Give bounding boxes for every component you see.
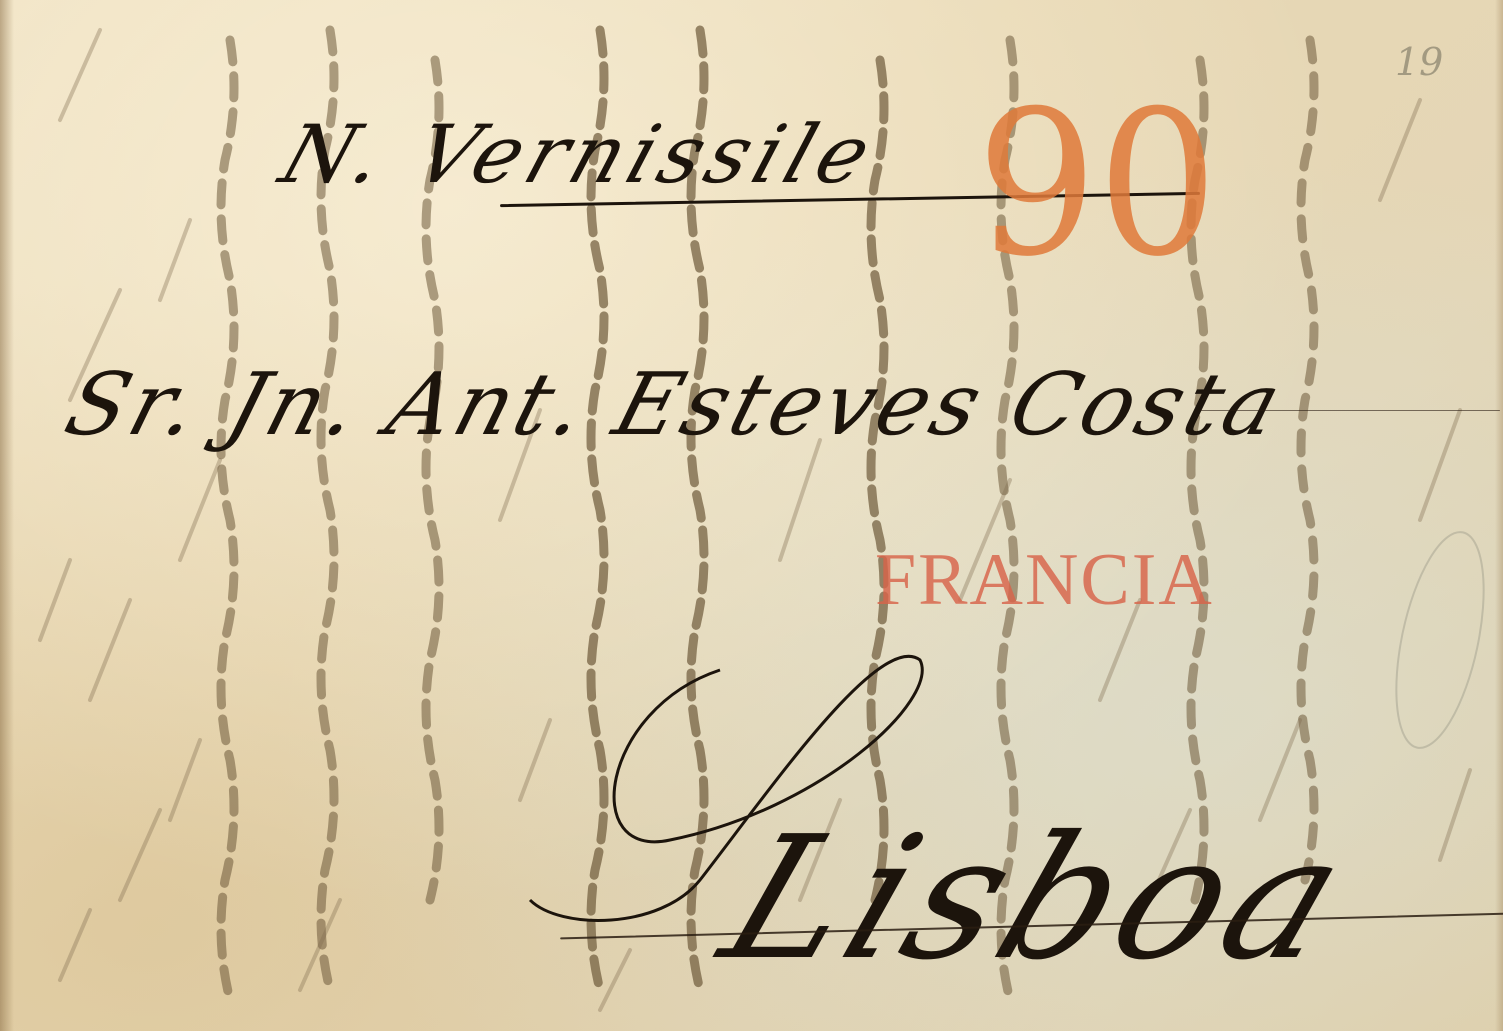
address-flourish <box>1200 410 1500 411</box>
paper-edge-right <box>1495 0 1503 1031</box>
routing-note-text: N. Vernissile <box>270 108 888 201</box>
francia-postal-stamp: FRANCIA <box>875 538 1214 623</box>
corner-note: 19 <box>1395 40 1443 84</box>
letter-cover: 19 N. Vernissile 90 Sr. Jn. Ant. Esteves… <box>0 0 1503 1031</box>
address-line-recipient: Sr. Jn. Ant. Esteves Costa <box>55 355 1295 455</box>
address-line-city: Lisboa <box>700 800 1375 998</box>
postage-rate-mark: 90 <box>976 85 1218 285</box>
paper-edge-left <box>0 0 14 1031</box>
